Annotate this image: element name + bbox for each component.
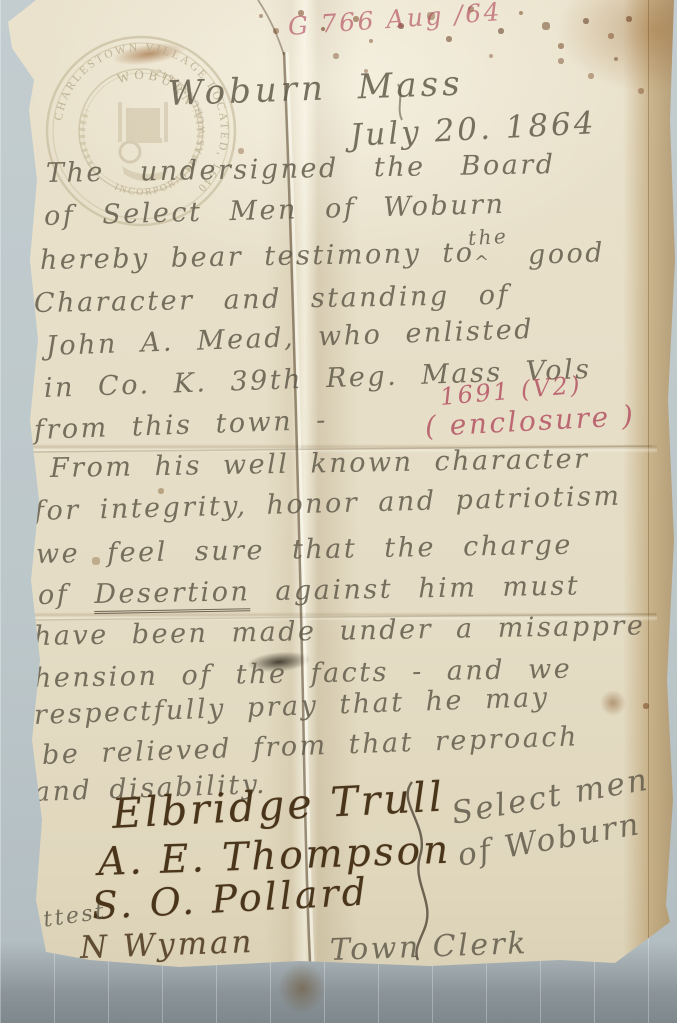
insertion-caret: ^ [474, 252, 492, 273]
clerk-name: N Wyman [79, 924, 255, 966]
desertion-word: Desertion [94, 576, 251, 614]
top-crease [258, 0, 284, 55]
inserted-word: the [467, 224, 508, 250]
clerk-title: Town Clerk [329, 926, 528, 968]
desertion-post: against him must [275, 571, 580, 607]
bottom-fold-stain [278, 962, 326, 1014]
letter-sheet: CHARLESTOWN VILLAGE LOCATED, 1640 INCORP… [0, 0, 677, 1023]
desertion-pre: of [38, 579, 70, 611]
body-line-testimony-post: good [527, 237, 605, 271]
scanned-document-page: CHARLESTOWN VILLAGE LOCATED, 1640 INCORP… [0, 0, 677, 1023]
